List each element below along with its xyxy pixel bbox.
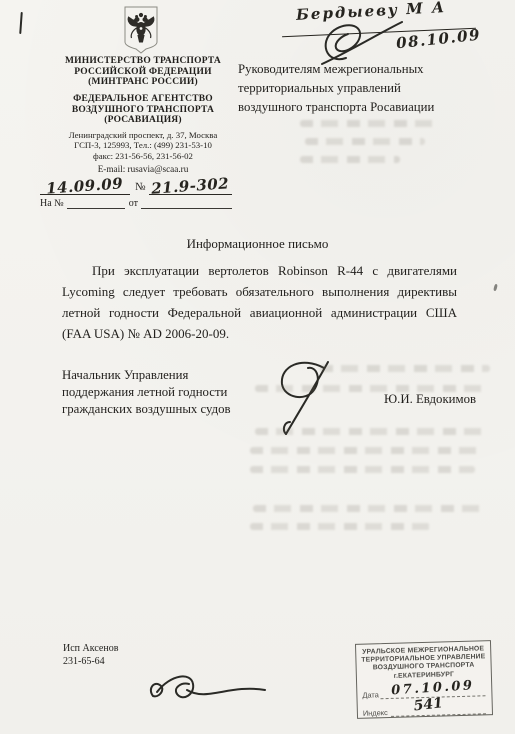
stamp-org-name: УРАЛЬСКОЕ МЕЖРЕГИОНАЛЬНОЕ ТЕРРИТОРИАЛЬНО… [356, 645, 491, 682]
ink-speck [493, 284, 498, 292]
address-block: Ленинградский проспект, д. 37, Москва ГС… [36, 130, 250, 161]
signer-name: Ю.И. Евдокимов [384, 392, 476, 407]
executor-signature [143, 672, 269, 714]
ministry-name-block: МИНИСТЕРСТВО ТРАНСПОРТА РОССИЙСКОЙ ФЕДЕР… [36, 56, 250, 88]
agency-name-block: ФЕДЕРАЛЬНОЕ АГЕНТСТВО ВОЗДУШНОГО ТРАНСПО… [36, 94, 250, 126]
bleedthrough-ghost-text [255, 428, 490, 435]
email-line: E-mail: rusavia@scaa.ru [36, 164, 250, 174]
address-line: факс: 231-56-56, 231-56-02 [36, 151, 250, 161]
executor-name: Исп Аксенов [63, 642, 118, 655]
stamp-index-label: Индекс [363, 708, 388, 718]
signer-position-block: Начальник Управления поддержания летной … [62, 367, 231, 418]
bleedthrough-ghost-text [250, 523, 430, 530]
bleedthrough-ghost-text [250, 466, 475, 473]
coat-of-arms-emblem [122, 6, 160, 59]
outgoing-number-handwriting: 21.9-302 [151, 174, 230, 197]
resolution-date-handwriting: 08.10.09 [395, 26, 481, 53]
signer-position-line: гражданских воздушных судов [62, 401, 231, 418]
outgoing-number-field: 21.9-302 [149, 175, 233, 195]
agency-line: (РОСАВИАЦИЯ) [36, 115, 250, 126]
agency-line: ФЕДЕРАЛЬНОЕ АГЕНТСТВО [36, 94, 250, 105]
addressee-block: Руководителям межрегиональных территориа… [238, 60, 470, 117]
executor-phone: 231-65-64 [63, 655, 118, 668]
outgoing-date-handwriting: 14.09.09 [46, 174, 124, 197]
executor-block: Исп Аксенов 231-65-64 [63, 642, 118, 668]
agency-line: ВОЗДУШНОГО ТРАНСПОРТА [36, 105, 250, 116]
ref-date-blank [141, 208, 232, 209]
outgoing-date-field: 14.09.09 [40, 175, 130, 195]
body-paragraph: При эксплуатации вертолетов Robinson R-4… [62, 260, 457, 344]
bleedthrough-ghost-text [300, 156, 400, 163]
bleedthrough-ghost-text [305, 138, 425, 145]
addressee-line: территориальных управлений [238, 79, 470, 98]
number-sign: № [130, 181, 149, 195]
ministry-line: РОССИЙСКОЙ ФЕДЕРАЦИИ [36, 67, 250, 78]
ministry-line: (МИНТРАНС РОССИИ) [36, 77, 250, 88]
addressee-line: воздушного транспорта Росавиации [238, 98, 470, 117]
bleedthrough-ghost-text [250, 447, 485, 454]
bleedthrough-ghost-text [255, 385, 485, 392]
bleedthrough-ghost-text [300, 120, 440, 127]
ministry-line: МИНИСТЕРСТВО ТРАНСПОРТА [36, 56, 250, 67]
double-headed-eagle-icon [122, 6, 160, 54]
signer-position-line: поддержания летной годности [62, 384, 231, 401]
address-line: Ленинградский проспект, д. 37, Москва [36, 130, 250, 140]
signer-position-line: Начальник Управления [62, 367, 231, 384]
document-title: Информационное письмо [0, 236, 515, 252]
bleedthrough-ghost-text [253, 505, 488, 512]
stamp-date-label: Дата [362, 690, 379, 699]
bleedthrough-ghost-text [320, 365, 490, 372]
ref-label-na: На № [40, 198, 67, 209]
stamp-index-handwriting: 541 [413, 695, 444, 714]
addressee-line: Руководителям межрегиональных [238, 60, 470, 79]
incoming-registration-stamp: УРАЛЬСКОЕ МЕЖРЕГИОНАЛЬНОЕ ТЕРРИТОРИАЛЬНО… [355, 640, 493, 719]
address-line: ГСП-3, 125993, Тел.: (499) 231-53-10 [36, 140, 250, 150]
pen-stroke-mark [19, 12, 23, 34]
reference-row: На № от [40, 198, 232, 209]
ref-number-blank [67, 208, 125, 209]
scanned-letter-page: МИНИСТЕРСТВО ТРАНСПОРТА РОССИЙСКОЙ ФЕДЕР… [0, 0, 515, 734]
ref-label-ot: от [125, 198, 141, 209]
outgoing-number-row: 14.09.09 № 21.9-302 [40, 175, 232, 195]
